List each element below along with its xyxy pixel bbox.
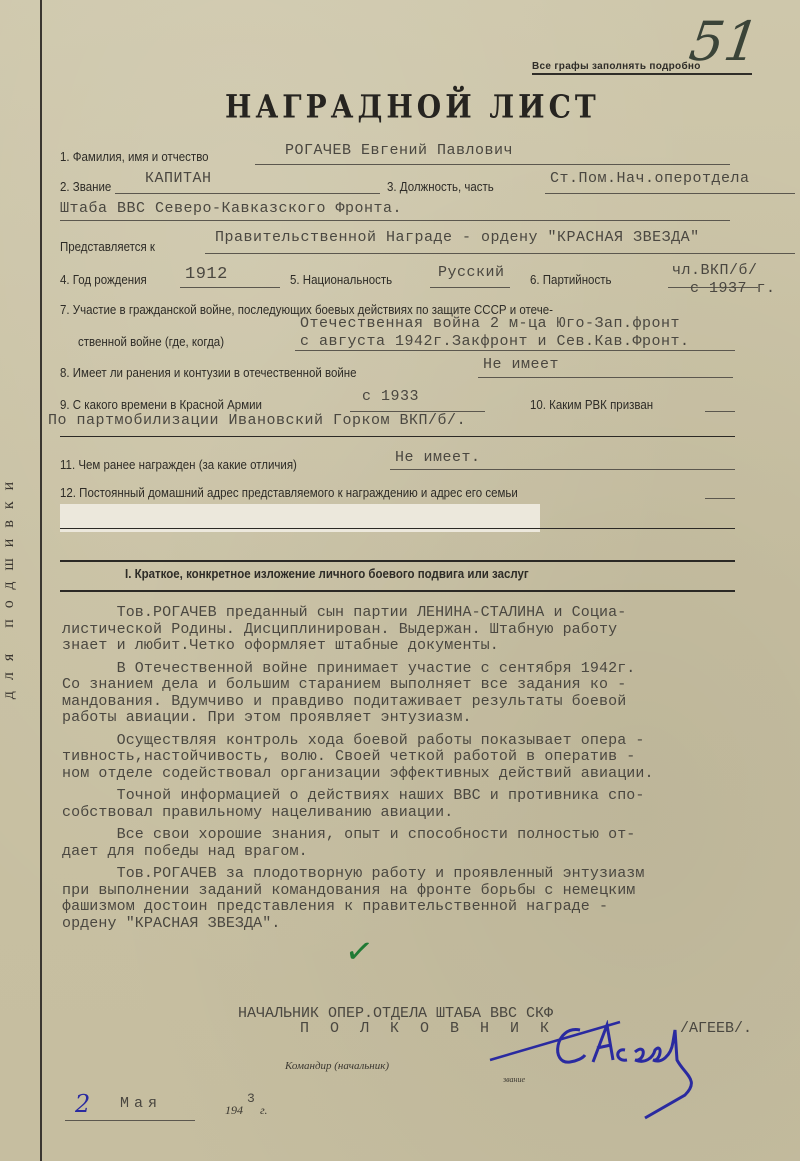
field-7-underline <box>295 350 735 351</box>
merit-description: Тов.РОГАЧЕВ преданный сын партии ЛЕНИНА-… <box>62 605 800 938</box>
field-7-value-line2: с августа 1942г.Закфронт и Сев.Кав.Фронт… <box>300 333 690 350</box>
section-top-rule <box>60 560 735 562</box>
field-11-value: Не имеет. <box>395 449 481 466</box>
field-12-underline-2 <box>60 528 735 529</box>
section-bottom-rule <box>60 590 735 592</box>
field-3-underline-2 <box>60 220 730 221</box>
field-3-value-line1: Ст.Пом.Нач.оперотдела <box>550 170 750 187</box>
field-3-label: 3. Должность, часть <box>387 180 494 194</box>
nominated-underline <box>205 253 795 254</box>
paragraph: Тов.РОГАЧЕВ преданный сын партии ЛЕНИНА-… <box>62 605 800 655</box>
nominated-value: Правительственной Награде - ордену "КРАС… <box>215 229 700 246</box>
document-title: НАГРАДНОЙ ЛИСТ <box>225 88 600 126</box>
field-1-underline <box>255 164 730 165</box>
date-day: 2 <box>75 1090 90 1118</box>
field-10-underline-2 <box>60 436 735 437</box>
field-8-label: 8. Имеет ли ранения и контузии в отечест… <box>60 366 357 380</box>
field-12-underline <box>705 498 735 499</box>
field-8-value: Не имеет <box>483 356 559 373</box>
paragraph: Осуществляя контроль хода боевой работы … <box>62 733 800 783</box>
field-10-label: 10. Каким РВК призван <box>530 398 653 412</box>
field-2-label: 2. Звание <box>60 180 111 194</box>
field-2-value: КАПИТАН <box>145 170 212 187</box>
nominated-label: Представляется к <box>60 240 155 254</box>
binding-margin-line <box>40 0 42 1161</box>
field-11-label: 11. Чем ранее награжден (за какие отличи… <box>60 458 297 472</box>
field-2-underline <box>115 193 380 194</box>
commander-label: Командир (начальник) <box>285 1060 389 1072</box>
field-6-label: 6. Партийность <box>530 273 611 287</box>
paragraph: Тов.РОГАЧЕВ за плодотворную работу и про… <box>62 866 800 932</box>
field-10-value: По партмобилизации Ивановский Горком ВКП… <box>48 412 466 429</box>
field-6-value-line1: чл.ВКП/б/ <box>672 262 758 279</box>
field-4-label: 4. Год рождения <box>60 273 147 287</box>
date-month: Мая <box>120 1095 162 1112</box>
date-year-unit: г. <box>260 1103 268 1118</box>
field-1-value: РОГАЧЕВ Евгений Павлович <box>285 142 513 159</box>
field-9-value: с 1933 <box>362 388 419 405</box>
binding-margin-label: для подшивки <box>0 455 30 715</box>
field-5-value: Русский <box>438 264 505 281</box>
field-5-label: 5. Национальность <box>290 273 392 287</box>
instruction-note: Все графы заполнять подробно <box>532 61 752 75</box>
field-10-underline <box>705 411 735 412</box>
paragraph: В Отечественной войне принимает участие … <box>62 661 800 727</box>
field-6-value-line2: с 1937 г. <box>690 280 776 297</box>
check-mark-icon: ✓ <box>342 930 376 974</box>
field-12-label: 12. Постоянный домашний адрес представля… <box>60 486 518 500</box>
field-7-label-line2: ственной войне (где, когда) <box>78 335 224 349</box>
handwritten-signature-icon <box>485 1020 715 1120</box>
paragraph: Все свои хорошие знания, опыт и способно… <box>62 827 800 860</box>
date-underline <box>65 1120 195 1121</box>
section-heading: I. Краткое, конкретное изложение личного… <box>125 567 529 581</box>
field-11-underline <box>390 469 735 470</box>
field-3-value-line2: Штаба ВВС Северо-Кавказского Фронта. <box>60 200 402 217</box>
field-4-underline <box>180 287 280 288</box>
field-1-label: 1. Фамилия, имя и отчество <box>60 150 209 164</box>
paragraph: Точной информацией о действиях наших ВВС… <box>62 788 800 821</box>
date-year-suffix: 3 <box>247 1091 255 1106</box>
field-9-label: 9. С какого времени в Красной Армии <box>60 398 262 412</box>
field-5-underline <box>430 287 510 288</box>
field-7-value-line1: Отечественная война 2 м-ца Юго-Зап.фронт <box>300 315 680 332</box>
field-8-underline <box>478 377 733 378</box>
field-4-value: 1912 <box>185 265 228 284</box>
date-year-prefix: 194 <box>225 1103 243 1118</box>
field-3-underline <box>545 193 795 194</box>
